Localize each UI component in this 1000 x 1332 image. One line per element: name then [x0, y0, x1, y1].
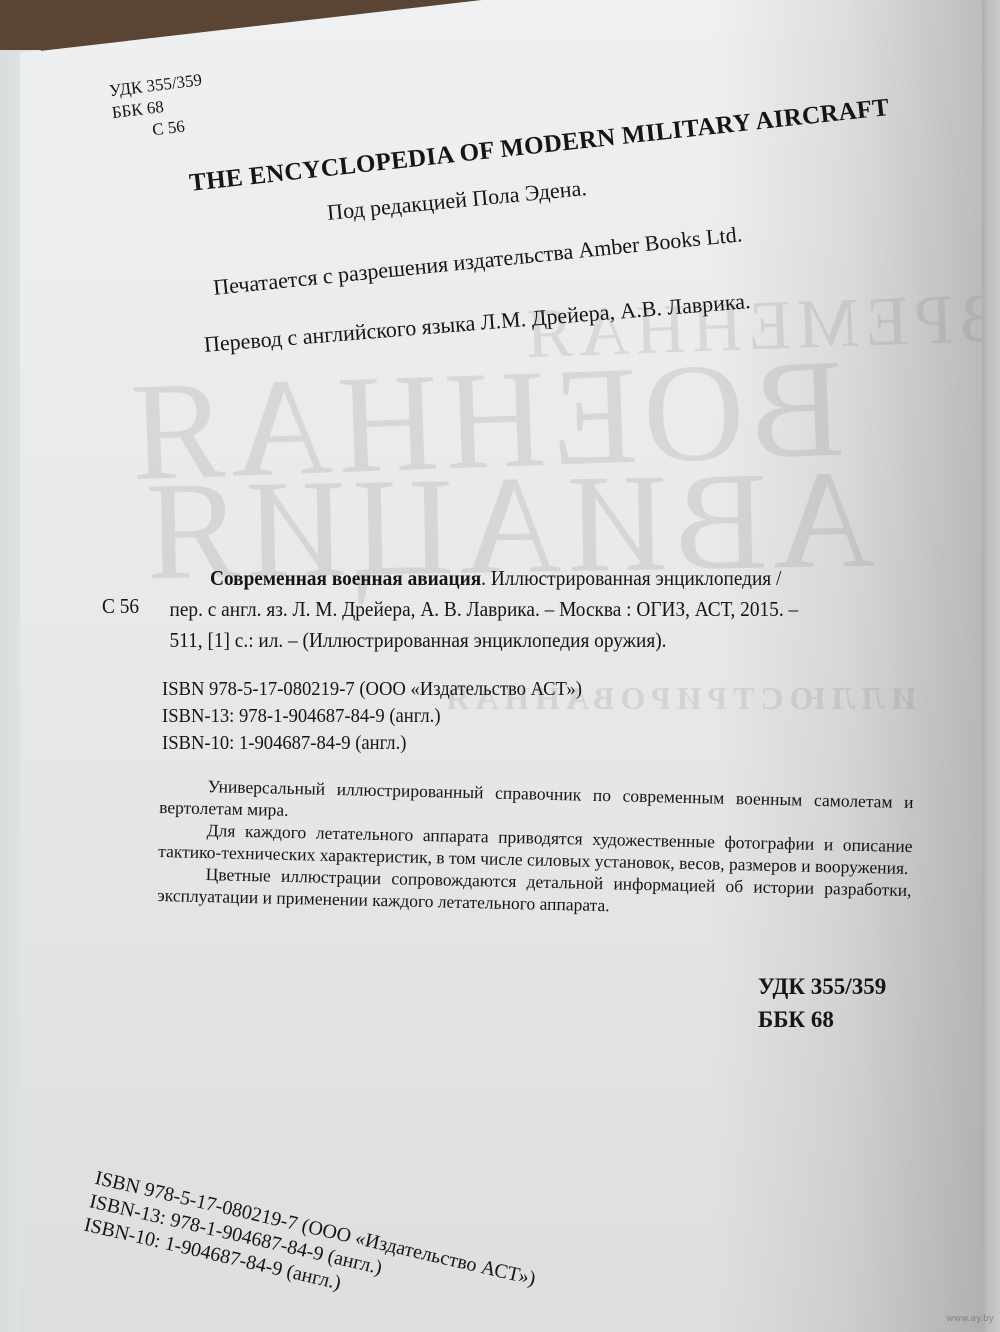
biblio-line-1: Современная военная авиация. Иллюстриров…	[210, 563, 798, 594]
photo-scene: СОВРЕМЕННАЯ ВОЕННАЯ АВИАЦИЯ ИЛЛЮСТРИРОВА…	[0, 0, 1000, 1332]
book-title: Современная военная авиация	[210, 566, 481, 590]
bbk-bottom: ББК 68	[758, 1003, 886, 1036]
isbn-13: ISBN-13: 978-1-904687-84-9 (англ.)	[162, 703, 582, 730]
isbn-main: ISBN 978-5-17-080219-7 (ООО «Издательств…	[162, 676, 582, 703]
isbn-10: ISBN-10: 1-904687-84-9 (англ.)	[162, 730, 582, 757]
watermark: www.ay.by	[946, 1314, 994, 1324]
udk-bottom: УДК 355/359	[758, 970, 886, 1003]
biblio-author-mark: С 56	[102, 594, 139, 619]
permission-line: Печатается с разрешения издательства Amb…	[212, 221, 743, 301]
annotation: Универсальный иллюстрированный справочни…	[157, 774, 914, 923]
biblio-line-3: 511, [1] с.: ил. – (Иллюстрированная энц…	[170, 625, 799, 656]
isbn-bottom-block: ISBN 978-5-17-080219-7 (ООО «Издательств…	[82, 1166, 538, 1332]
header-codes: УДК 355/359 ББК 68 С 56	[108, 69, 209, 146]
isbn-block: ISBN 978-5-17-080219-7 (ООО «Издательств…	[162, 676, 582, 757]
book-page: СОВРЕМЕННАЯ ВОЕННАЯ АВИАЦИЯ ИЛЛЮСТРИРОВА…	[20, 0, 982, 1332]
bibliographic-record: Современная военная авиация. Иллюстриров…	[210, 563, 798, 656]
biblio-line-2: пер. с англ. яз. Л. М. Дрейера, А. В. Ла…	[170, 594, 799, 625]
editor-line: Под редакцией Пола Эдена.	[326, 175, 588, 226]
classification-bottom: УДК 355/359 ББК 68	[758, 970, 886, 1036]
book-right-edge	[979, 0, 1000, 1332]
